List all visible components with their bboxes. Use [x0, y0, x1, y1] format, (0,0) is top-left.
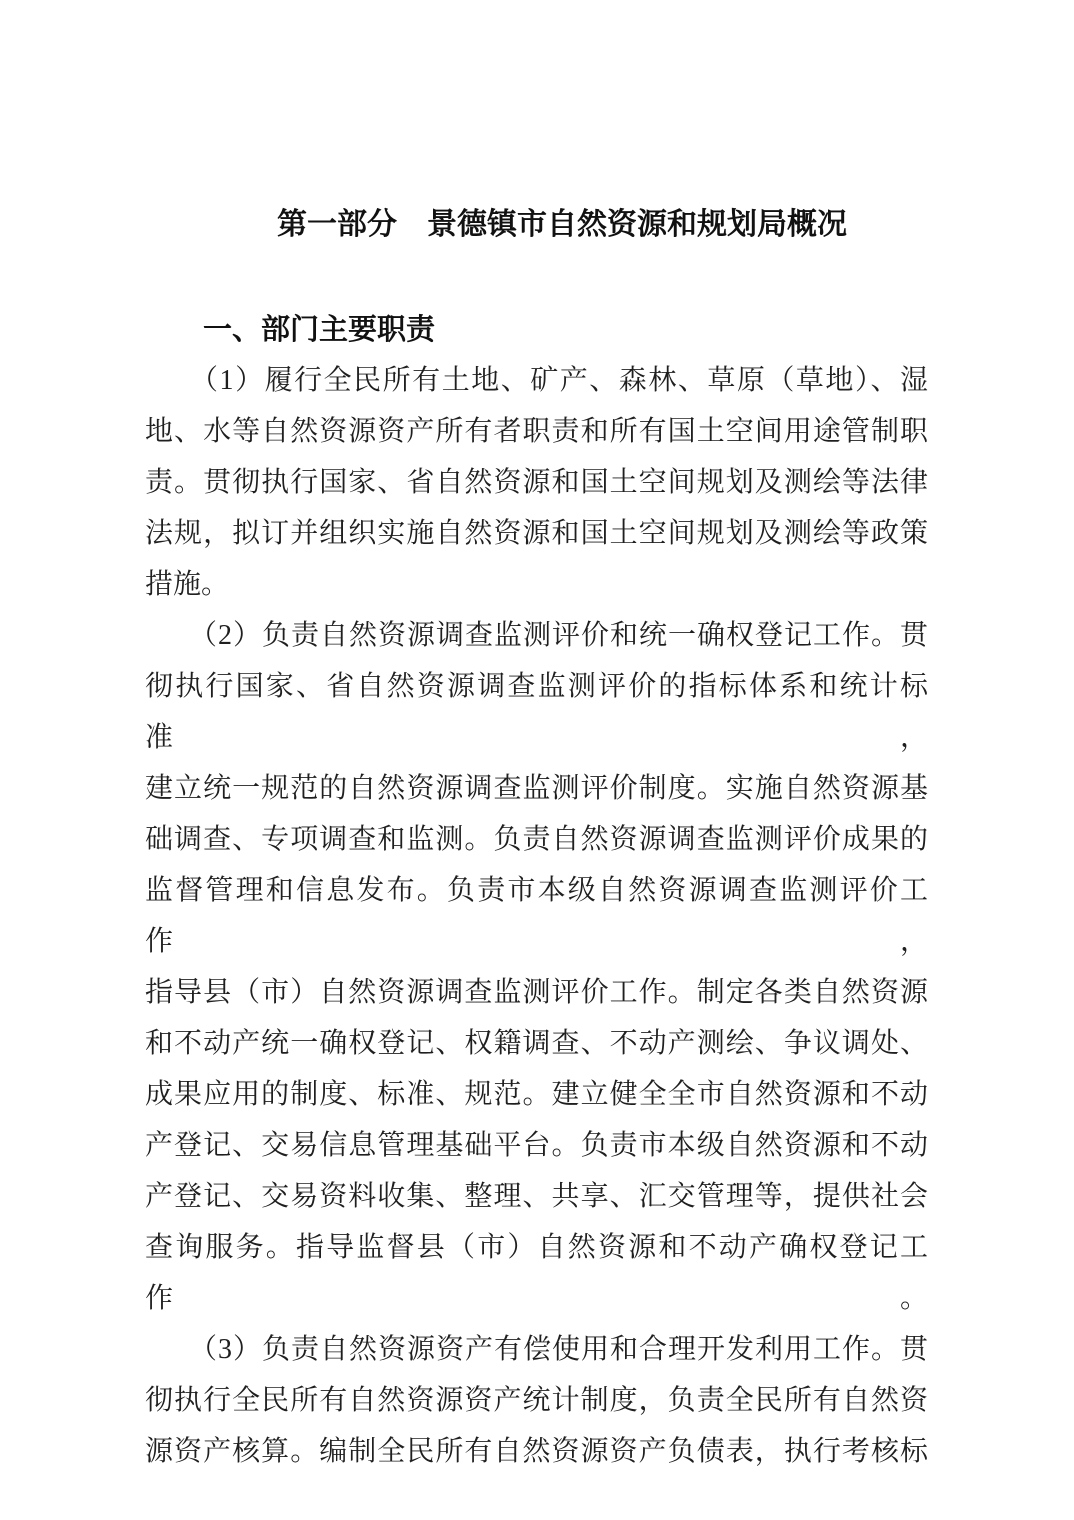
text-line: 源资产核算。编制全民所有自然资源资产负债表，执行考核标 — [145, 1426, 928, 1477]
text-line: 础调查、专项调查和监测。负责自然资源调查监测评价成果的 — [145, 814, 928, 865]
text-line: （2）负责自然资源调查监测评价和统一确权登记工作。贯 — [145, 610, 928, 661]
paragraph-1: （1）履行全民所有土地、矿产、森林、草原（草地）、湿地、水等自然资源资产所有者职… — [145, 355, 928, 610]
paragraph-3: （3）负责自然资源资产有偿使用和合理开发利用工作。贯彻执行全民所有自然资源资产统… — [145, 1324, 928, 1477]
document-page: 第一部分 景德镇市自然资源和规划局概况 一、部门主要职责 （1）履行全民所有土地… — [0, 0, 1074, 1520]
text-line: 措施。 — [145, 559, 928, 610]
part-title: 第一部分 景德镇市自然资源和规划局概况 — [277, 203, 928, 247]
text-line: （3）负责自然资源资产有偿使用和合理开发利用工作。贯 — [145, 1324, 928, 1375]
text-line: 查询服务。指导监督县（市）自然资源和不动产确权登记工作。 — [145, 1222, 928, 1324]
page-content: 第一部分 景德镇市自然资源和规划局概况 一、部门主要职责 （1）履行全民所有土地… — [145, 0, 928, 1477]
text-line: （1）履行全民所有土地、矿产、森林、草原（草地）、湿 — [145, 355, 928, 406]
text-line: 责。贯彻执行国家、省自然资源和国土空间规划及测绘等法律 — [145, 457, 928, 508]
text-line: 彻执行国家、省自然资源调查监测评价的指标体系和统计标准， — [145, 661, 928, 763]
paragraph-2: （2）负责自然资源调查监测评价和统一确权登记工作。贯彻执行国家、省自然资源调查监… — [145, 610, 928, 1324]
text-line: 建立统一规范的自然资源调查监测评价制度。实施自然资源基 — [145, 763, 928, 814]
text-line: 产登记、交易信息管理基础平台。负责市本级自然资源和不动 — [145, 1120, 928, 1171]
text-line: 法规，拟订并组织实施自然资源和国土空间规划及测绘等政策 — [145, 508, 928, 559]
text-line: 监督管理和信息发布。负责市本级自然资源调查监测评价工作， — [145, 865, 928, 967]
text-line: 和不动产统一确权登记、权籍调查、不动产测绘、争议调处、 — [145, 1018, 928, 1069]
text-line: 产登记、交易资料收集、整理、共享、汇交管理等，提供社会 — [145, 1171, 928, 1222]
document-body: （1）履行全民所有土地、矿产、森林、草原（草地）、湿地、水等自然资源资产所有者职… — [145, 355, 928, 1477]
text-line: 彻执行全民所有自然资源资产统计制度，负责全民所有自然资 — [145, 1375, 928, 1426]
text-line: 地、水等自然资源资产所有者职责和所有国土空间用途管制职 — [145, 406, 928, 457]
text-line: 指导县（市）自然资源调查监测评价工作。制定各类自然资源 — [145, 967, 928, 1018]
text-line: 成果应用的制度、标准、规范。建立健全全市自然资源和不动 — [145, 1069, 928, 1120]
section-heading: 一、部门主要职责 — [203, 309, 928, 351]
